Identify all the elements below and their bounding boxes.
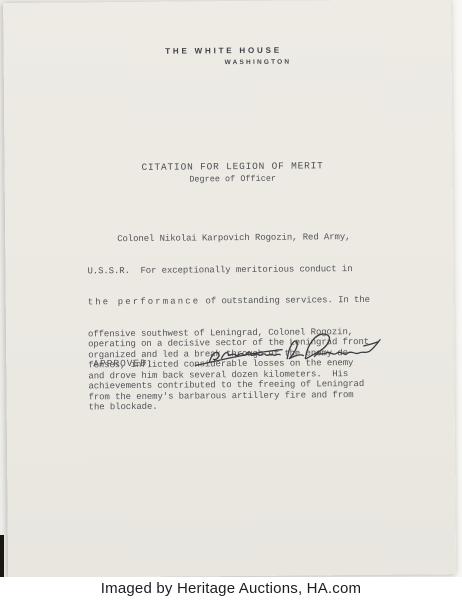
body-line: Colonel Nikolai Karpovich Rogozin, Red A…: [87, 232, 379, 245]
body-line-rest: of outstanding services. In the: [200, 295, 370, 306]
photo-edge-strip: [0, 535, 4, 578]
body-line: U.S.S.R. For exceptionally meritorious c…: [87, 263, 379, 276]
citation-title: CITATION FOR LEGION OF MERIT: [87, 160, 379, 174]
document-paper: THE WHITE HOUSE WASHINGTON CITATION FOR …: [3, 0, 456, 578]
approved-label: APPROVED;: [93, 358, 153, 370]
body-line-spaced-words: the performance: [88, 296, 201, 307]
citation-body: Colonel Nikolai Karpovich Rogozin, Red A…: [87, 211, 381, 434]
body-line: the performance of outstanding services.…: [88, 295, 380, 308]
letterhead-line1: THE WHITE HOUSE: [4, 44, 444, 57]
heritage-banner: Imaged by Heritage Auctions, HA.com: [0, 577, 462, 600]
approval-row: APPROVED;: [93, 356, 393, 370]
body-line: the blockade.: [89, 400, 381, 413]
signature-svg: [193, 330, 385, 376]
citation-subtitle: Degree of Officer: [87, 173, 379, 186]
banner-text: Imaged by Heritage Auctions, HA.com: [101, 580, 361, 597]
photo-background: THE WHITE HOUSE WASHINGTON CITATION FOR …: [0, 0, 462, 600]
letterhead: THE WHITE HOUSE WASHINGTON: [3, 0, 451, 3]
roosevelt-signature: [193, 330, 385, 376]
letterhead-line2: WASHINGTON: [225, 59, 292, 67]
citation-block: CITATION FOR LEGION OF MERIT Degree of O…: [87, 160, 381, 434]
